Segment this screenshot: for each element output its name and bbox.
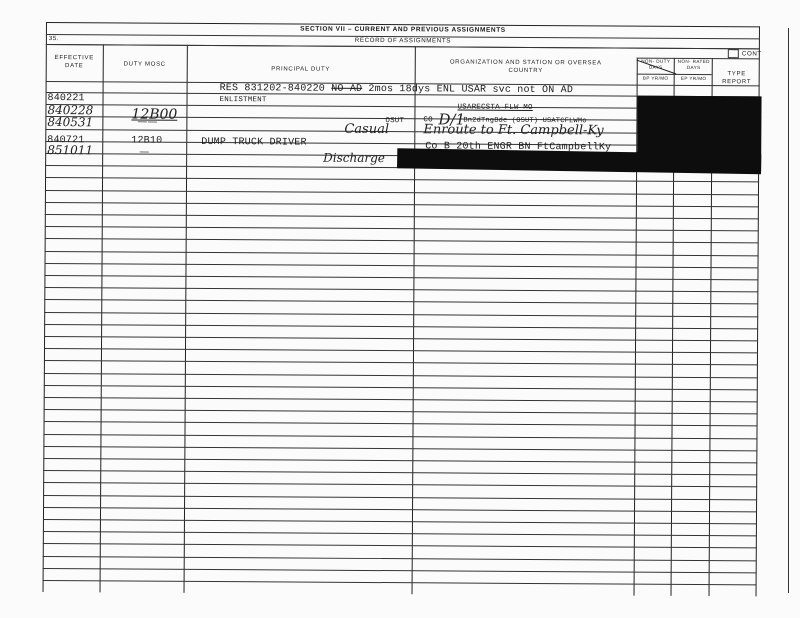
header-type-report: TYPE REPORT: [714, 70, 760, 86]
row1-principal-duty: ENLISTMENT: [220, 96, 267, 104]
header-non-rated-sub: EP YR/MO: [677, 76, 711, 82]
page-edge-line: [788, 28, 789, 593]
row5-duty-mosc: —: [139, 147, 149, 158]
scanned-page: SECTION VII – CURRENT AND PREVIOUS ASSIG…: [0, 0, 800, 618]
struck-no-ad: NO AD: [331, 84, 362, 95]
row3-principal-duty: Casual: [344, 122, 389, 137]
row3-date: 840531: [47, 115, 93, 129]
row4-principal-duty: DUMP TRUCK DRIVER: [201, 137, 306, 149]
row5-principal-duty: Discharge: [323, 151, 385, 165]
res-dates: RES 831202-840220: [220, 83, 325, 95]
row0-principal-duty: RES 831202-840220 NO AD 2mos 18dys ENL U…: [220, 83, 574, 96]
res-service-note: 2mos 18dys ENL USAR svc not ON AD: [368, 84, 573, 96]
header-principal-duty: PRINCIPAL DUTY: [187, 65, 415, 74]
header-non-duty-sub: BP YR/MO: [640, 76, 672, 82]
cont-label: CONT: [742, 50, 762, 57]
header-duty-mosc: DUTY MOSC: [103, 60, 187, 69]
cont-checkbox-group[interactable]: CONT: [728, 49, 762, 58]
cont-checkbox[interactable]: [728, 49, 739, 58]
row1-organization: USARECSTA FLW MO: [457, 104, 532, 112]
header-non-duty-days: NON- DUTY DAYS: [640, 59, 672, 71]
header-organization: ORGANIZATION AND STATION OR OVERSEA COUN…: [446, 58, 606, 75]
header-effective-date: EFFECTIVE DATE: [46, 54, 103, 70]
row4-duty-mosc: 12B10: [131, 136, 162, 147]
row5-date: 851011: [47, 143, 93, 157]
header-non-rated-days: NON- RATED DAYS: [677, 59, 711, 71]
assignments-form: SECTION VII – CURRENT AND PREVIOUS ASSIG…: [43, 22, 766, 598]
row3-duty-mosc: ——: [137, 117, 157, 128]
row3-organization: Enroute to Ft. Campbell-Ky: [423, 122, 603, 138]
